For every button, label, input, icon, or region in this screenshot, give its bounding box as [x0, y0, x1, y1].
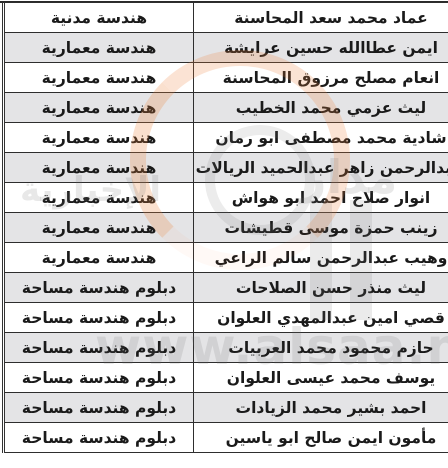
major-cell: هندسة معمارية: [4, 123, 194, 153]
name-cell: حازم محمود محمد العربيات: [194, 333, 448, 363]
name-cell: ليث عزمي محمد الخطيب: [194, 93, 448, 123]
major-cell: دبلوم هندسة مساحة: [4, 273, 194, 303]
name-cell: عماد محمد سعد المحاسنة: [194, 3, 448, 33]
document-page: عماد محمد سعد المحاسنة هندسة مدنية ايمن …: [0, 0, 448, 468]
table-row: حازم محمود محمد العربيات دبلوم هندسة مسا…: [4, 333, 448, 363]
major-cell: هندسة مدنية: [4, 3, 194, 33]
table-row: زينب حمزة موسى قطيشات هندسة معمارية: [4, 213, 448, 243]
major-cell: دبلوم هندسة مساحة: [4, 393, 194, 423]
table-row: ليث عزمي محمد الخطيب هندسة معمارية: [4, 93, 448, 123]
table-row: شادية محمد مصطفى ابو رمان هندسة معمارية: [4, 123, 448, 153]
name-cell: مأمون ايمن صالح ابو ياسين: [194, 423, 448, 453]
major-cell: هندسة معمارية: [4, 63, 194, 93]
table-row: انعام مصلح مرزوق المحاسنة هندسة معمارية: [4, 63, 448, 93]
table-row: وهيب عبدالرحمن سالم الراعي هندسة معمارية: [4, 243, 448, 273]
table-row: عبدالرحمن زاهر عبدالحميد الريالات هندسة …: [4, 153, 448, 183]
name-cell: ليث منذر حسن الصلاحات: [194, 273, 448, 303]
table-row: ليث منذر حسن الصلاحات دبلوم هندسة مساحة: [4, 273, 448, 303]
major-cell: دبلوم هندسة مساحة: [4, 423, 194, 453]
name-cell: ايمن عطاالله حسين عرايشة: [194, 33, 448, 63]
table-row: عماد محمد سعد المحاسنة هندسة مدنية: [4, 3, 448, 33]
major-cell: هندسة معمارية: [4, 243, 194, 273]
major-cell: هندسة معمارية: [4, 213, 194, 243]
name-cell: وهيب عبدالرحمن سالم الراعي: [194, 243, 448, 273]
major-cell: هندسة معمارية: [4, 93, 194, 123]
name-cell: زينب حمزة موسى قطيشات: [194, 213, 448, 243]
major-cell: دبلوم هندسة مساحة: [4, 333, 194, 363]
table-row: يوسف محمد عيسى العلوان دبلوم هندسة مساحة: [4, 363, 448, 393]
major-cell: هندسة معمارية: [4, 153, 194, 183]
table-row: ايمن عطاالله حسين عرايشة هندسة معمارية: [4, 33, 448, 63]
results-table: عماد محمد سعد المحاسنة هندسة مدنية ايمن …: [2, 2, 448, 453]
name-cell: احمد بشير محمد الزيادات: [194, 393, 448, 423]
name-cell: انعام مصلح مرزوق المحاسنة: [194, 63, 448, 93]
name-cell: عبدالرحمن زاهر عبدالحميد الريالات: [194, 153, 448, 183]
major-cell: دبلوم هندسة مساحة: [4, 363, 194, 393]
table-row: مأمون ايمن صالح ابو ياسين دبلوم هندسة مس…: [4, 423, 448, 453]
table-row: قصي امين عبدالمهدي العلوان دبلوم هندسة م…: [4, 303, 448, 333]
major-cell: دبلوم هندسة مساحة: [4, 303, 194, 333]
name-cell: يوسف محمد عيسى العلوان: [194, 363, 448, 393]
name-cell: شادية محمد مصطفى ابو رمان: [194, 123, 448, 153]
table-row: انوار صلاح احمد ابو هواش هندسة معمارية: [4, 183, 448, 213]
major-cell: هندسة معمارية: [4, 33, 194, 63]
name-cell: انوار صلاح احمد ابو هواش: [194, 183, 448, 213]
name-cell: قصي امين عبدالمهدي العلوان: [194, 303, 448, 333]
major-cell: هندسة معمارية: [4, 183, 194, 213]
table-row: احمد بشير محمد الزيادات دبلوم هندسة مساح…: [4, 393, 448, 423]
